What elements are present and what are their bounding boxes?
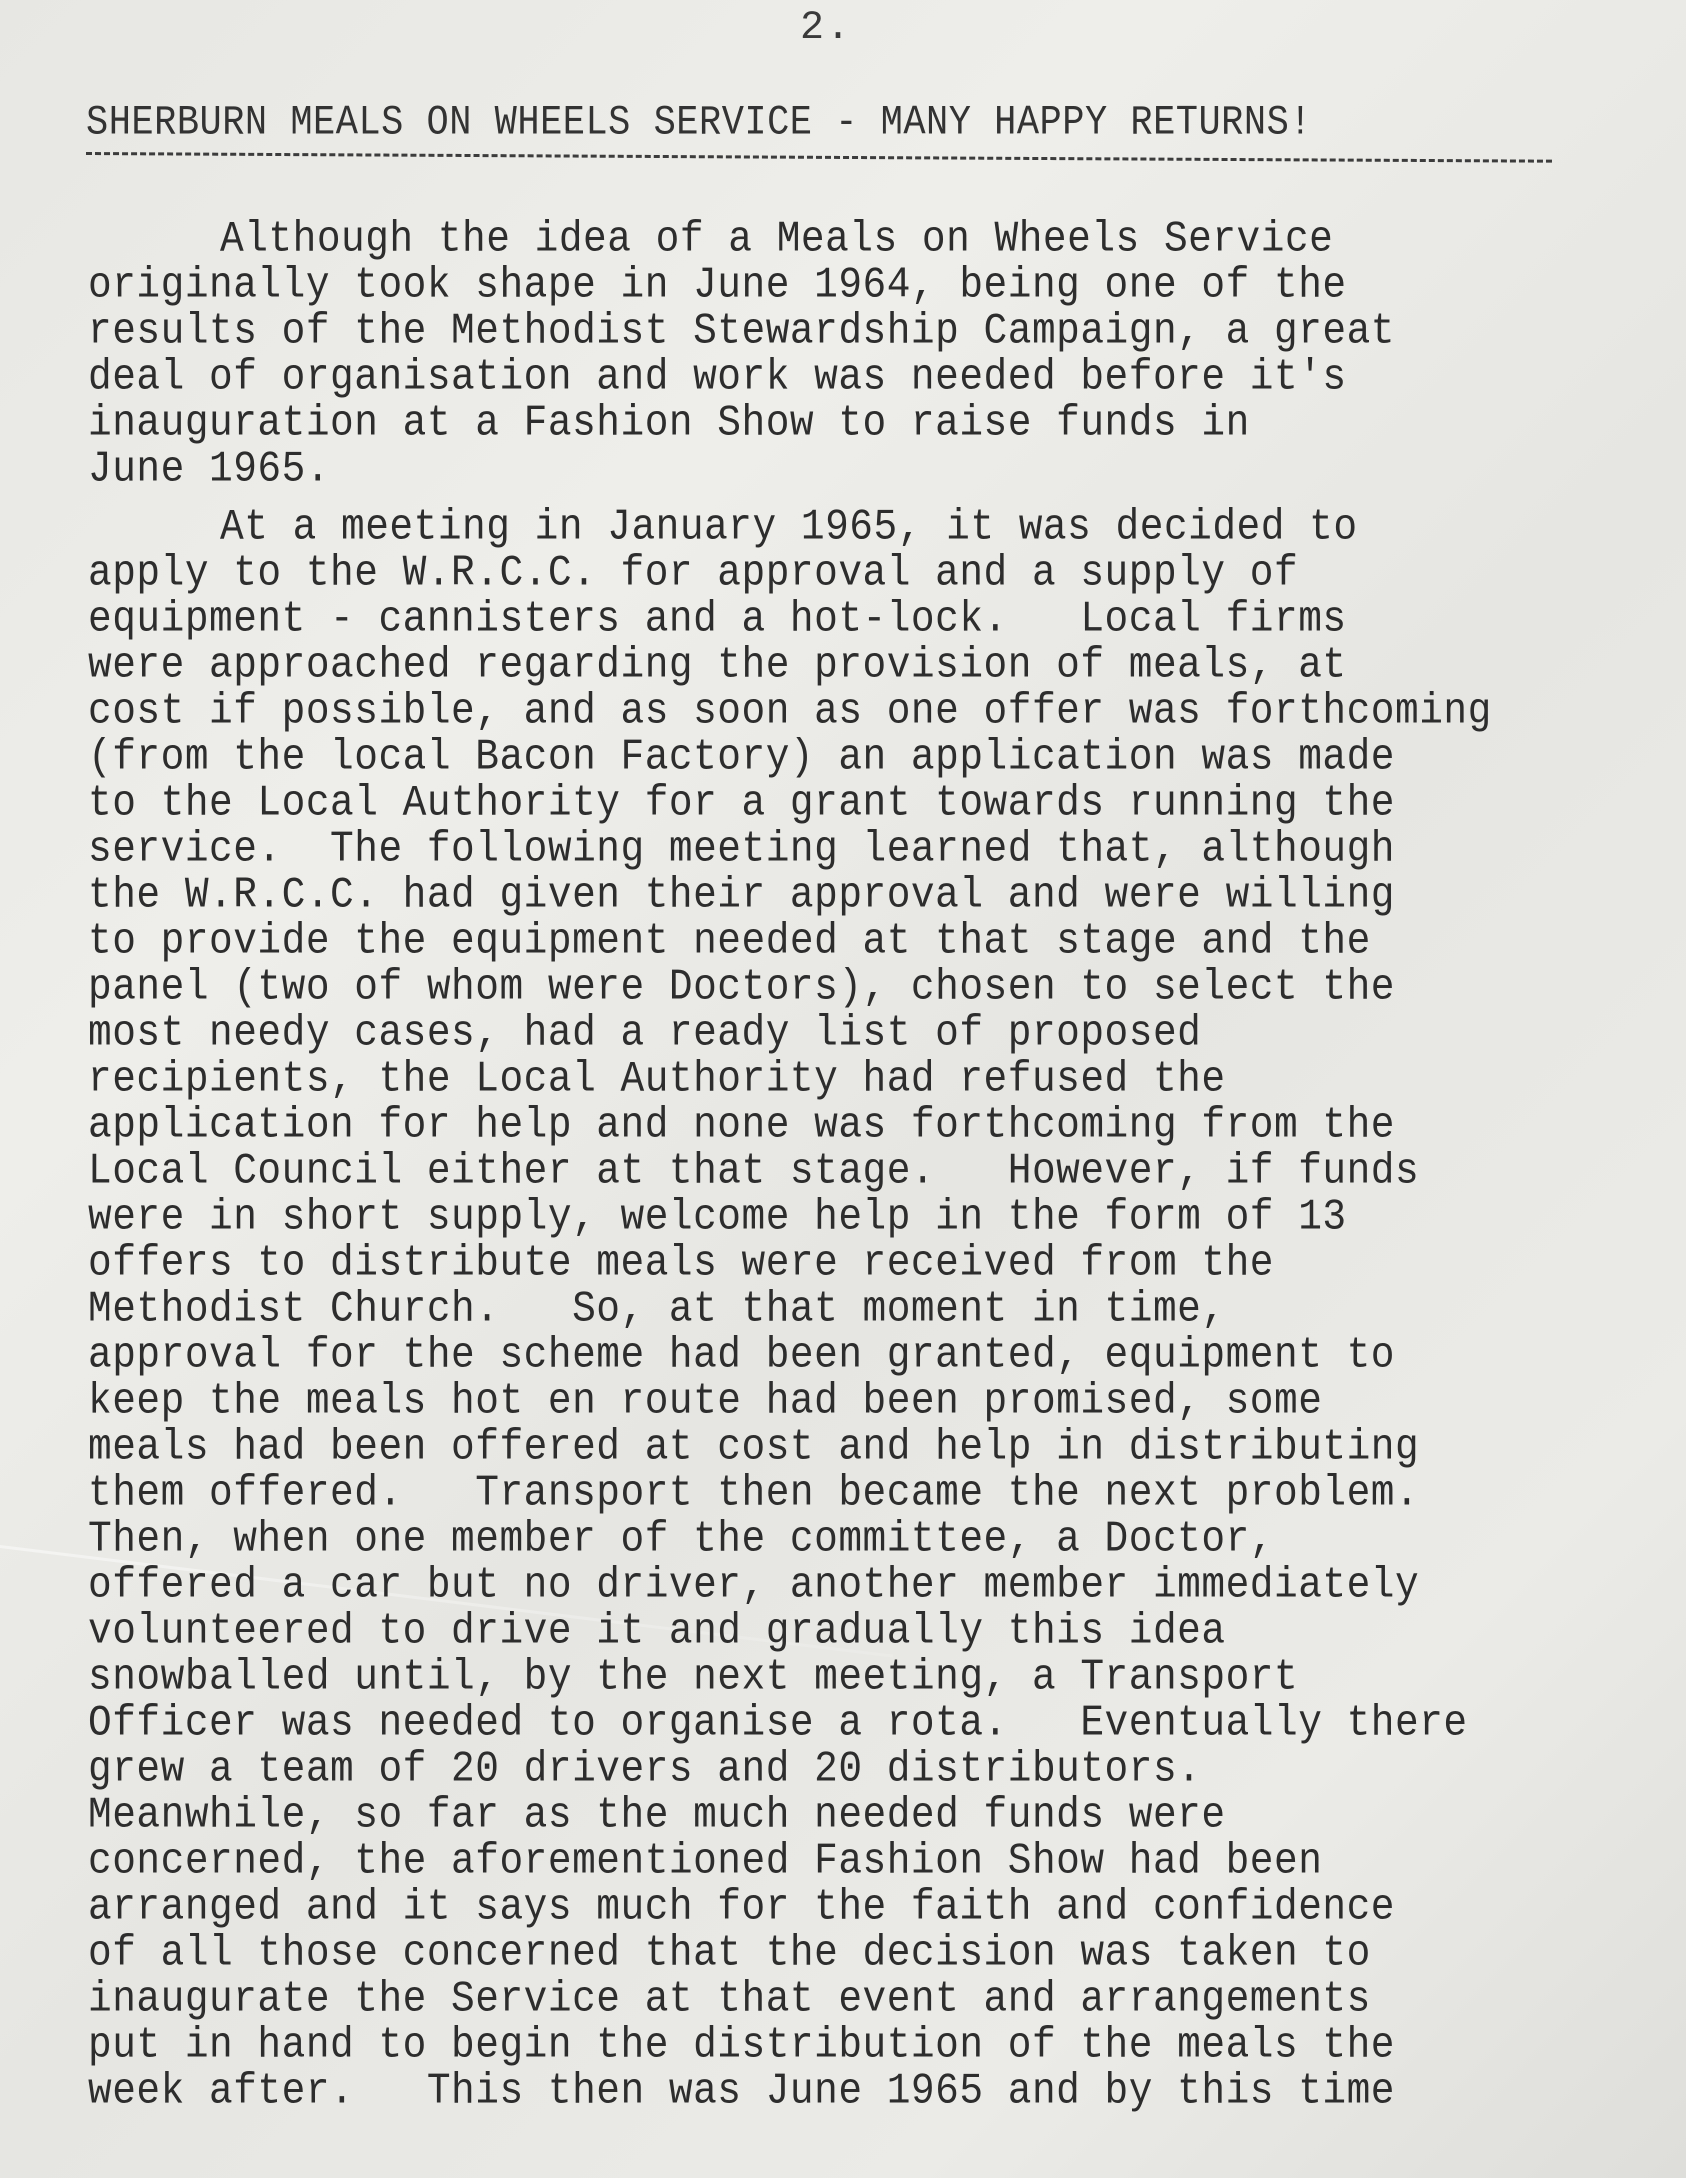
text-line: Local Council either at that stage. Howe…	[88, 1146, 1668, 1197]
document-page: 2. SHERBURN MEALS ON WHEELS SERVICE - MA…	[0, 0, 1686, 2178]
text-line: Meanwhile, so far as the much needed fun…	[88, 1790, 1668, 1841]
paragraph-1: Although the idea of a Meals on Wheels S…	[88, 214, 1668, 490]
page-number: 2.	[800, 6, 852, 51]
text-line: snowballed until, by the next meeting, a…	[88, 1652, 1668, 1703]
text-line: (from the local Bacon Factory) an applic…	[88, 732, 1668, 783]
text-line: Officer was needed to organise a rota. E…	[88, 1698, 1668, 1749]
text-line: Then, when one member of the committee, …	[88, 1514, 1668, 1565]
article-title: SHERBURN MEALS ON WHEELS SERVICE - MANY …	[86, 100, 1312, 147]
text-line: application for help and none was forthc…	[88, 1100, 1668, 1151]
text-line: deal of organisation and work was needed…	[88, 352, 1668, 403]
text-line: offers to distribute meals were received…	[88, 1238, 1668, 1289]
text-line: of all those concerned that the decision…	[88, 1928, 1668, 1979]
text-line: Methodist Church. So, at that moment in …	[88, 1284, 1668, 1335]
text-line: grew a team of 20 drivers and 20 distrib…	[88, 1744, 1668, 1795]
text-line: the W.R.C.C. had given their approval an…	[88, 870, 1668, 921]
text-line: put in hand to begin the distribution of…	[88, 2020, 1668, 2071]
text-line: them offered. Transport then became the …	[88, 1468, 1668, 1519]
text-line: apply to the W.R.C.C. for approval and a…	[88, 548, 1668, 599]
text-line: most needy cases, had a ready list of pr…	[88, 1008, 1668, 1059]
text-line: to provide the equipment needed at that …	[88, 916, 1668, 967]
text-line: At a meeting in January 1965, it was dec…	[88, 502, 1668, 553]
text-line: June 1965.	[88, 444, 1668, 495]
text-line: arranged and it says much for the faith …	[88, 1882, 1668, 1933]
text-line: cost if possible, and as soon as one off…	[88, 686, 1668, 737]
text-line: results of the Methodist Stewardship Cam…	[88, 306, 1668, 357]
text-line: keep the meals hot en route had been pro…	[88, 1376, 1668, 1427]
text-line: concerned, the aforementioned Fashion Sh…	[88, 1836, 1668, 1887]
text-line: equipment - cannisters and a hot-lock. L…	[88, 594, 1668, 645]
text-line: week after. This then was June 1965 and …	[88, 2066, 1668, 2117]
text-line: meals had been offered at cost and help …	[88, 1422, 1668, 1473]
text-line: panel (two of whom were Doctors), chosen…	[88, 962, 1668, 1013]
text-line: originally took shape in June 1964, bein…	[88, 260, 1668, 311]
text-line: inaugurate the Service at that event and…	[88, 1974, 1668, 2025]
text-line: were in short supply, welcome help in th…	[88, 1192, 1668, 1243]
text-line: service. The following meeting learned t…	[88, 824, 1668, 875]
text-line: were approached regarding the provision …	[88, 640, 1668, 691]
paragraph-2: At a meeting in January 1965, it was dec…	[88, 502, 1668, 2112]
title-underline	[86, 152, 1552, 163]
text-line: offered a car but no driver, another mem…	[88, 1560, 1668, 1611]
text-line: to the Local Authority for a grant towar…	[88, 778, 1668, 829]
text-line: approval for the scheme had been granted…	[88, 1330, 1668, 1381]
text-line: volunteered to drive it and gradually th…	[88, 1606, 1668, 1657]
text-line: inauguration at a Fashion Show to raise …	[88, 398, 1668, 449]
article-body: Although the idea of a Meals on Wheels S…	[88, 214, 1668, 2124]
text-line: recipients, the Local Authority had refu…	[88, 1054, 1668, 1105]
text-line: Although the idea of a Meals on Wheels S…	[88, 214, 1668, 265]
